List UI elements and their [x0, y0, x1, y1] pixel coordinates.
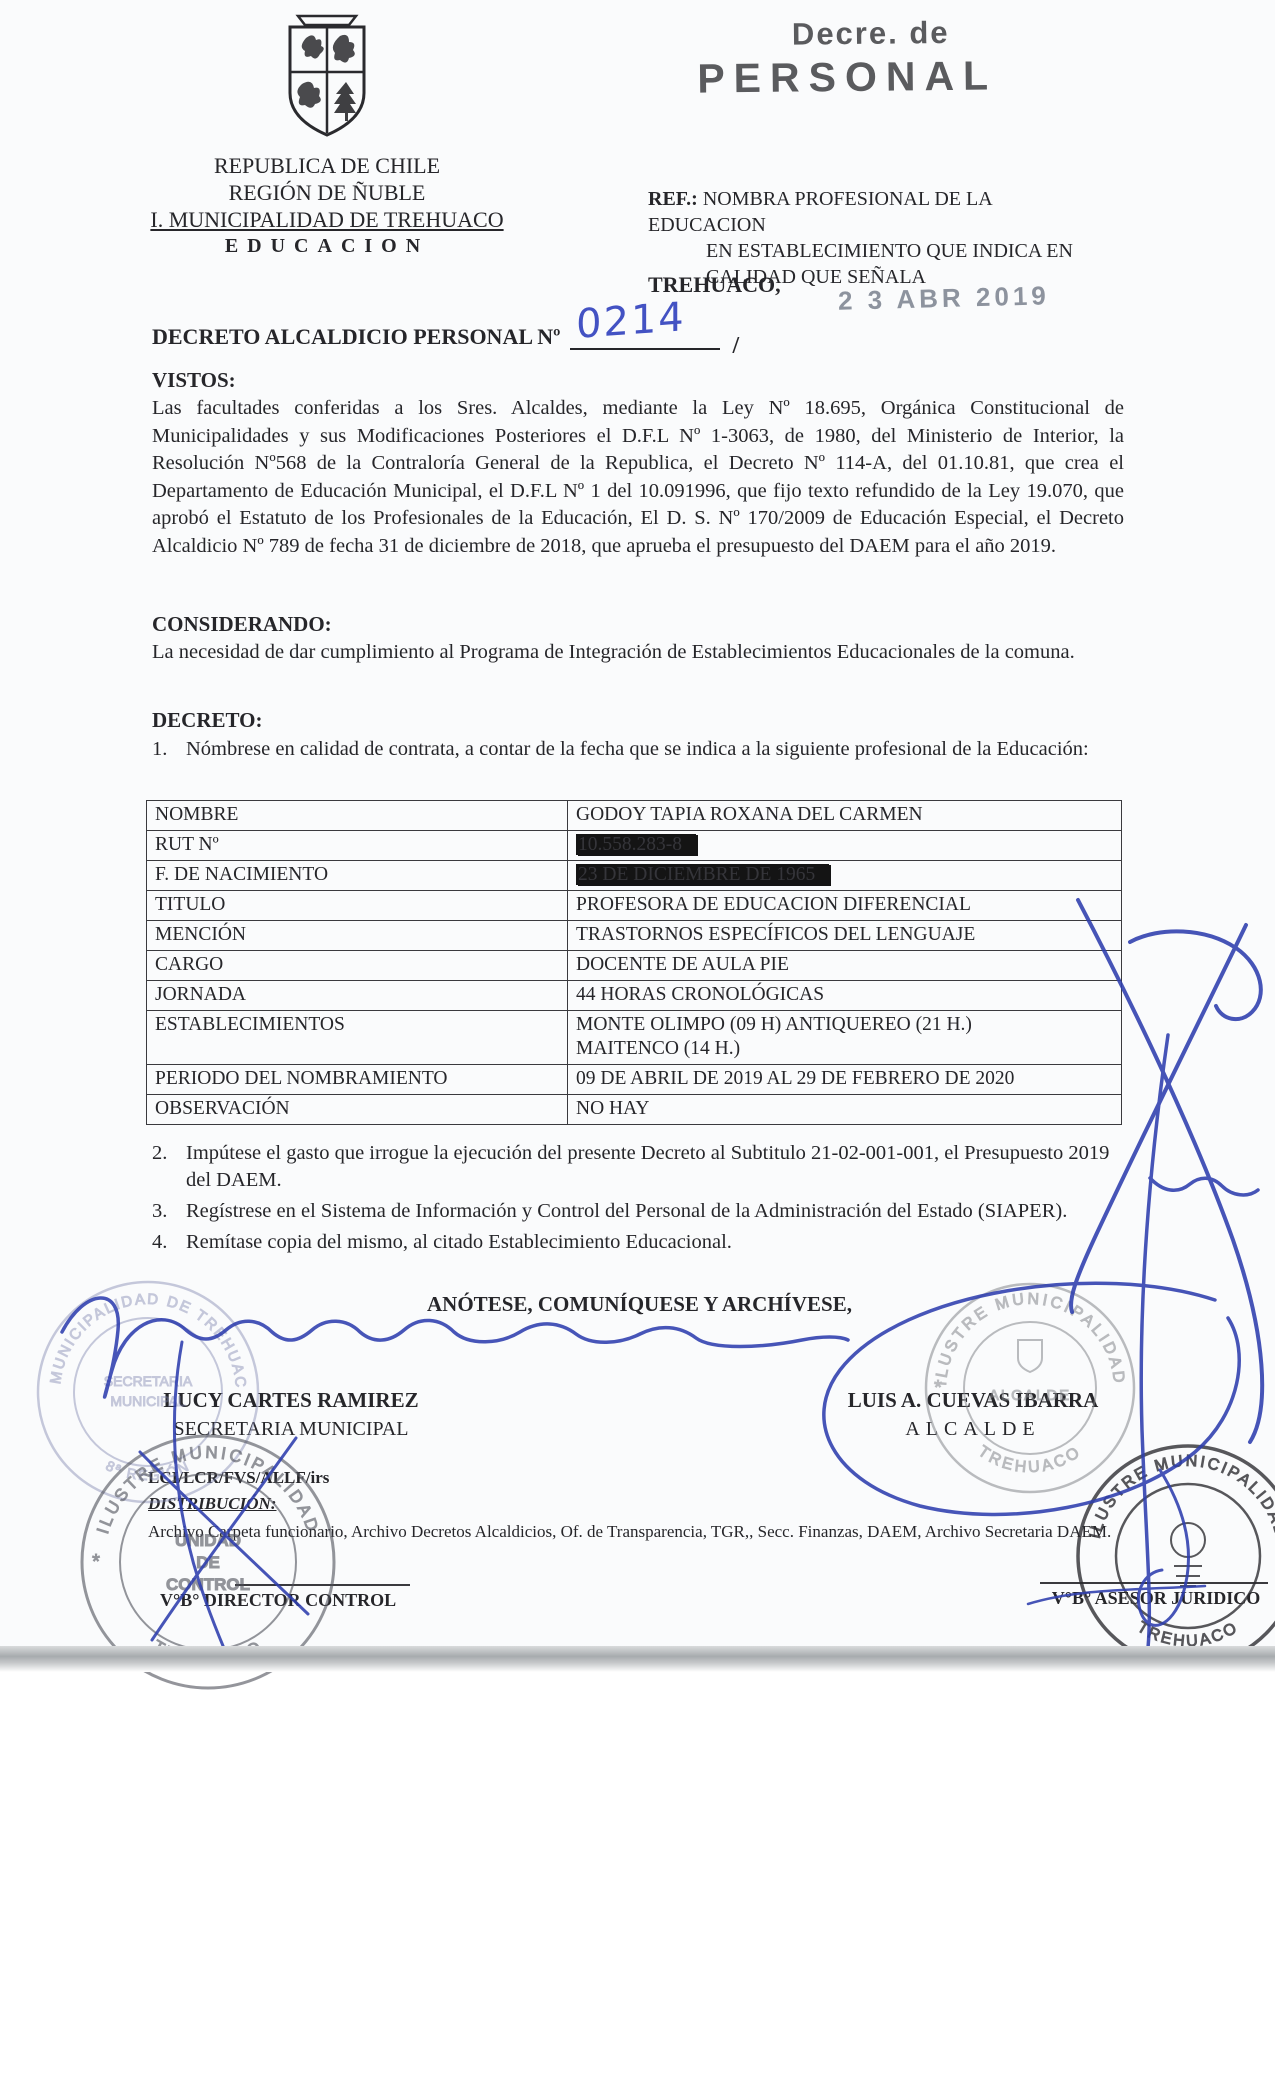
decree-number-suffix: /	[732, 333, 739, 360]
vb-right-label: V°B° ASESOR JURIDICO	[1040, 1588, 1272, 1609]
signatory-title: SECRETARIA MUNICIPAL	[136, 1418, 446, 1441]
stamp-line1: Decre. de	[710, 14, 1032, 53]
signatory-alcalde: LUIS A. CUEVAS IBARRA ALCALDE	[818, 1388, 1128, 1441]
row-value: PROFESORA DE EDUCACION DIFERENCIAL	[568, 891, 1122, 921]
item-number: 1.	[152, 736, 186, 763]
table-row: PERIODO DEL NOMBRAMIENTO 09 DE ABRIL DE …	[147, 1065, 1122, 1095]
considerando-body: La necesidad de dar cumplimiento al Prog…	[152, 639, 1124, 667]
table-row: RUT Nº 10.558.283-8	[147, 831, 1122, 861]
letterhead-country: REPUBLICA DE CHILE	[92, 152, 562, 179]
handwritten-decree-number: 0214	[577, 294, 687, 348]
row-label: ESTABLECIMIENTOS	[147, 1011, 568, 1065]
order-number: 3.	[152, 1198, 186, 1225]
appointment-table: NOMBRE GODOY TAPIA ROXANA DEL CARMEN RUT…	[146, 800, 1122, 1125]
vb-director-control: V°B° DIRECTOR CONTROL	[160, 1584, 460, 1611]
considerando-heading: CONSIDERANDO:	[152, 612, 332, 637]
order-item: 3. Regístrese en el Sistema de Informaci…	[152, 1198, 1130, 1225]
ref-line-2: EN ESTABLECIMIENTO QUE INDICA EN	[648, 238, 1098, 264]
distribution-label: DISTRIBUCIÓN:	[148, 1494, 276, 1514]
row-value: 09 DE ABRIL DE 2019 AL 29 DE FEBRERO DE …	[568, 1065, 1122, 1095]
vb-left-label: V°B° DIRECTOR CONTROL	[160, 1590, 460, 1611]
row-label: CARGO	[147, 951, 568, 981]
row-label: OBSERVACIÓN	[147, 1095, 568, 1125]
row-label: F. DE NACIMIENTO	[147, 861, 568, 891]
row-label: JORNADA	[147, 981, 568, 1011]
order-text: Impútese el gasto que irrogue la ejecuci…	[186, 1140, 1130, 1194]
table-row: NOMBRE GODOY TAPIA ROXANA DEL CARMEN	[147, 801, 1122, 831]
table-row: TITULO PROFESORA DE EDUCACION DIFERENCIA…	[147, 891, 1122, 921]
redaction-bar: 23 DE DICIEMBRE DE 1965	[576, 864, 829, 885]
item-text: Nómbrese en calidad de contrata, a conta…	[186, 736, 1089, 763]
row-label: MENCIÓN	[147, 921, 568, 951]
row-value: 44 HORAS CRONOLÓGICAS	[568, 981, 1122, 1011]
row-value: GODOY TAPIA ROXANA DEL CARMEN	[568, 801, 1122, 831]
table-row: OBSERVACIÓN NO HAY	[147, 1095, 1122, 1125]
row-value: NO HAY	[568, 1095, 1122, 1125]
row-label: PERIODO DEL NOMBRAMIENTO	[147, 1065, 568, 1095]
table-row: MENCIÓN TRASTORNOS ESPECÍFICOS DEL LENGU…	[147, 921, 1122, 951]
row-value: TRASTORNOS ESPECÍFICOS DEL LENGUAJE	[568, 921, 1122, 951]
signatory-name: LUCY CARTES RAMIREZ	[136, 1388, 446, 1413]
date-received-stamp: 2 3 ABR 2019	[838, 280, 1051, 317]
table-row: ESTABLECIMIENTOS MONTE OLIMPO (09 H) ANT…	[147, 1011, 1122, 1065]
letterhead-department: EDUCACION	[92, 233, 562, 259]
order-text: Remítase copia del mismo, al citado Esta…	[186, 1229, 732, 1256]
table-row: CARGO DOCENTE DE AULA PIE	[147, 951, 1122, 981]
orders-list: 2. Impútese el gasto que irrogue la ejec…	[152, 1140, 1130, 1260]
vb-asesor-juridico: V°B° ASESOR JURIDICO	[1040, 1582, 1272, 1609]
decree-number-label: DECRETO ALCALDICIO PERSONAL Nº	[152, 324, 560, 350]
decree-number-line: DECRETO ALCALDICIO PERSONAL Nº 0214 /	[152, 314, 739, 350]
row-value: MONTE OLIMPO (09 H) ANTIQUEREO (21 H.) M…	[568, 1011, 1122, 1065]
municipal-coat-of-arms-icon	[268, 10, 386, 148]
letterhead-municipality: I. MUNICIPALIDAD DE TREHUACO	[92, 206, 562, 233]
row-label: TITULO	[147, 891, 568, 921]
scan-edge-shadow	[0, 1646, 1275, 1672]
ref-line-1: NOMBRA PROFESIONAL DE LA EDUCACION	[648, 188, 992, 236]
signatory-secretaria: LUCY CARTES RAMIREZ SECRETARIA MUNICIPAL	[136, 1388, 446, 1441]
redaction-bar: 10.558.283-8	[576, 834, 696, 855]
drafting-initials: LCI/LCR/FVS/ALLF/irs	[148, 1468, 329, 1488]
signatory-name: LUIS A. CUEVAS IBARRA	[818, 1388, 1128, 1413]
row-value: DOCENTE DE AULA PIE	[568, 951, 1122, 981]
vistos-body: Las facultades conferidas a los Sres. Al…	[152, 395, 1124, 560]
row-value-redacted: 23 DE DICIEMBRE DE 1965	[568, 861, 1122, 891]
scanned-decree-page: REPUBLICA DE CHILE REGIÓN DE ÑUBLE I. MU…	[0, 0, 1275, 2100]
ref-label: REF.:	[648, 188, 698, 210]
letterhead: REPUBLICA DE CHILE REGIÓN DE ÑUBLE I. MU…	[92, 10, 562, 259]
decreto-heading: DECRETO:	[152, 708, 262, 733]
decree-number-field: 0214	[570, 314, 720, 350]
table-row: JORNADA 44 HORAS CRONOLÓGICAS	[147, 981, 1122, 1011]
signatory-title: ALCALDE	[818, 1418, 1128, 1441]
row-label: RUT Nº	[147, 831, 568, 861]
decreto-item-1: 1. Nómbrese en calidad de contrata, a co…	[152, 736, 1127, 763]
place-line: TREHUACO,	[648, 272, 781, 298]
order-number: 2.	[152, 1140, 186, 1194]
signature-line	[235, 1584, 410, 1586]
row-value-redacted: 10.558.283-8	[568, 831, 1122, 861]
order-item: 2. Impútese el gasto que irrogue la ejec…	[152, 1140, 1130, 1194]
personnel-decree-rubber-stamp: Decre. de PERSONAL	[662, 14, 1033, 103]
letterhead-region: REGIÓN DE ÑUBLE	[92, 179, 562, 206]
signature-line	[1040, 1582, 1268, 1584]
table-row: F. DE NACIMIENTO 23 DE DICIEMBRE DE 1965	[147, 861, 1122, 891]
order-number: 4.	[152, 1229, 186, 1256]
vistos-heading: VISTOS:	[152, 368, 236, 393]
distribution-text: Archivo Carpeta funcionario, Archivo Dec…	[148, 1521, 1158, 1543]
order-item: 4. Remítase copia del mismo, al citado E…	[152, 1229, 1130, 1256]
order-text: Regístrese en el Sistema de Información …	[186, 1198, 1067, 1225]
closing-formula: ANÓTESE, COMUNÍQUESE Y ARCHÍVESE,	[152, 1292, 1127, 1317]
row-label: NOMBRE	[147, 801, 568, 831]
stamp-line2: PERSONAL	[662, 52, 1032, 103]
